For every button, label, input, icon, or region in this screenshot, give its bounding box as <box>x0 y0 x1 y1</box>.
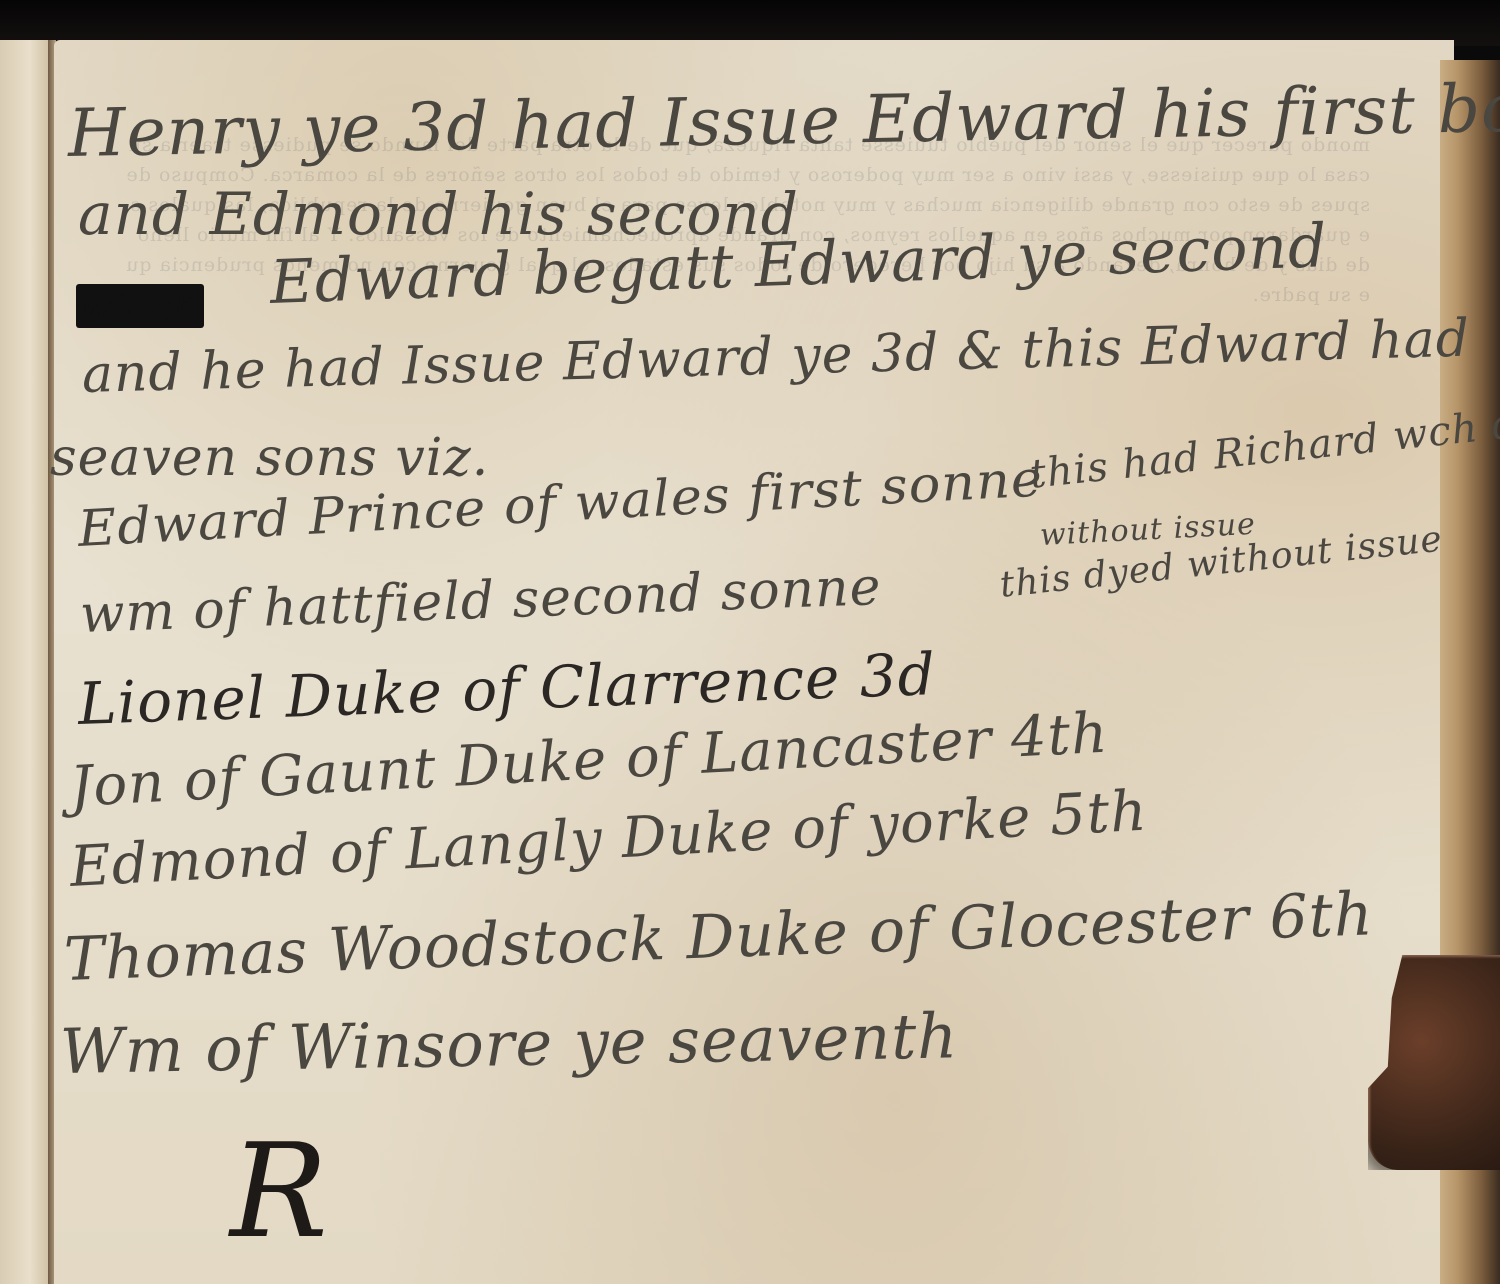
left-page-edge <box>0 40 52 1284</box>
line-5: seaven sons viz. <box>50 428 489 488</box>
struck-word: which <box>76 284 204 328</box>
signature-initial: R <box>230 1115 328 1267</box>
